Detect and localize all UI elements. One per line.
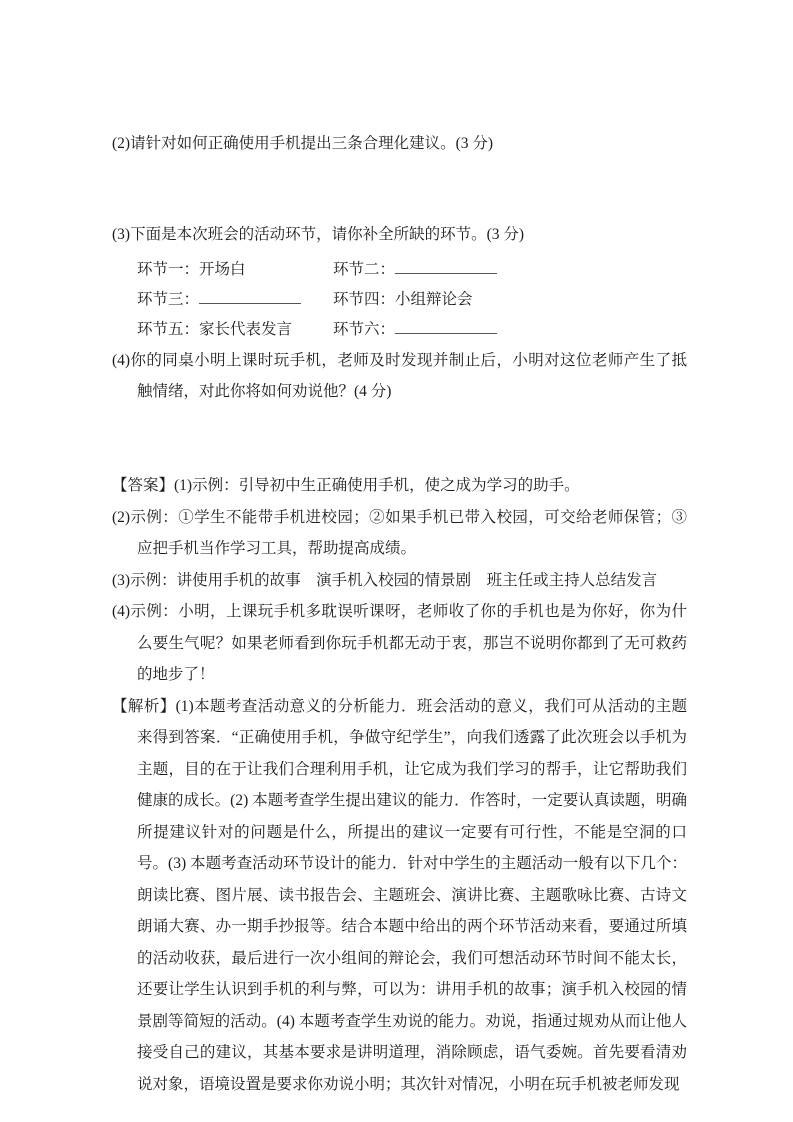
answer-analysis-block: 【答案】(1)示例：引导初中生正确使用手机，使之成为学习的助手。 (2)示例：①… [112, 470, 687, 1100]
step-item-3: 环节三： [137, 285, 333, 315]
page-content: (2)请针对如何正确使用手机提出三条合理化建议。(3 分) (3)下面是本次班会… [112, 133, 687, 1100]
step-label: 环节五： [137, 321, 199, 338]
step-value: 家长代表发言 [199, 321, 292, 338]
blank-line [395, 320, 497, 334]
step-label: 环节六： [333, 321, 395, 338]
answer-paragraph-4: (4)示例：小明，上课玩手机多耽误听课呀，老师收了你的手机也是为你好，你为什么要… [112, 596, 687, 691]
step-label: 环节四： [333, 291, 395, 308]
question-3: (3)下面是本次班会的活动环节，请你补全所缺的环节。(3 分) [112, 224, 687, 246]
analysis-paragraph: 【解析】(1)本题考查活动意义的分析能力．班会活动的意义，我们可从活动的主题来得… [112, 691, 687, 1101]
step-label: 环节三： [137, 291, 199, 308]
blank-line [199, 290, 301, 304]
document-page: { "page": { "background": "#ffffff", "te… [0, 0, 793, 1122]
blank-line [395, 260, 497, 274]
step-item-4: 环节四：小组辩论会 [333, 285, 687, 315]
step-value: 小组辩论会 [395, 291, 473, 308]
step-item-5: 环节五：家长代表发言 [137, 315, 333, 345]
answer-paragraph-2: (2)示例：①学生不能带手机进校园；②如果手机已带入校园，可交给老师保管；③应把… [112, 502, 687, 565]
step-row-3: 环节五：家长代表发言 环节六： [112, 315, 687, 345]
step-label: 环节二： [333, 261, 395, 278]
step-row-2: 环节三： 环节四：小组辩论会 [112, 285, 687, 315]
step-item-1: 环节一：开场白 [137, 255, 333, 285]
activity-steps: 环节一：开场白 环节二： 环节三： 环节四：小组辩论会 环节五：家长代表发言 环… [112, 255, 687, 345]
question-4: (4)你的同桌小明上课时玩手机，老师及时发现并制止后，小明对这位老师产生了抵触情… [112, 345, 687, 407]
step-item-6: 环节六： [333, 315, 687, 345]
step-label: 环节一： [137, 261, 199, 278]
answer-paragraph-1: 【答案】(1)示例：引导初中生正确使用手机，使之成为学习的助手。 [112, 470, 687, 502]
step-row-1: 环节一：开场白 环节二： [112, 255, 687, 285]
answer-paragraph-3: (3)示例：讲使用手机的故事 演手机入校园的情景剧 班主任或主持人总结发言 [112, 565, 687, 597]
question-2: (2)请针对如何正确使用手机提出三条合理化建议。(3 分) [112, 133, 687, 155]
step-item-2: 环节二： [333, 255, 687, 285]
step-value: 开场白 [199, 261, 246, 278]
